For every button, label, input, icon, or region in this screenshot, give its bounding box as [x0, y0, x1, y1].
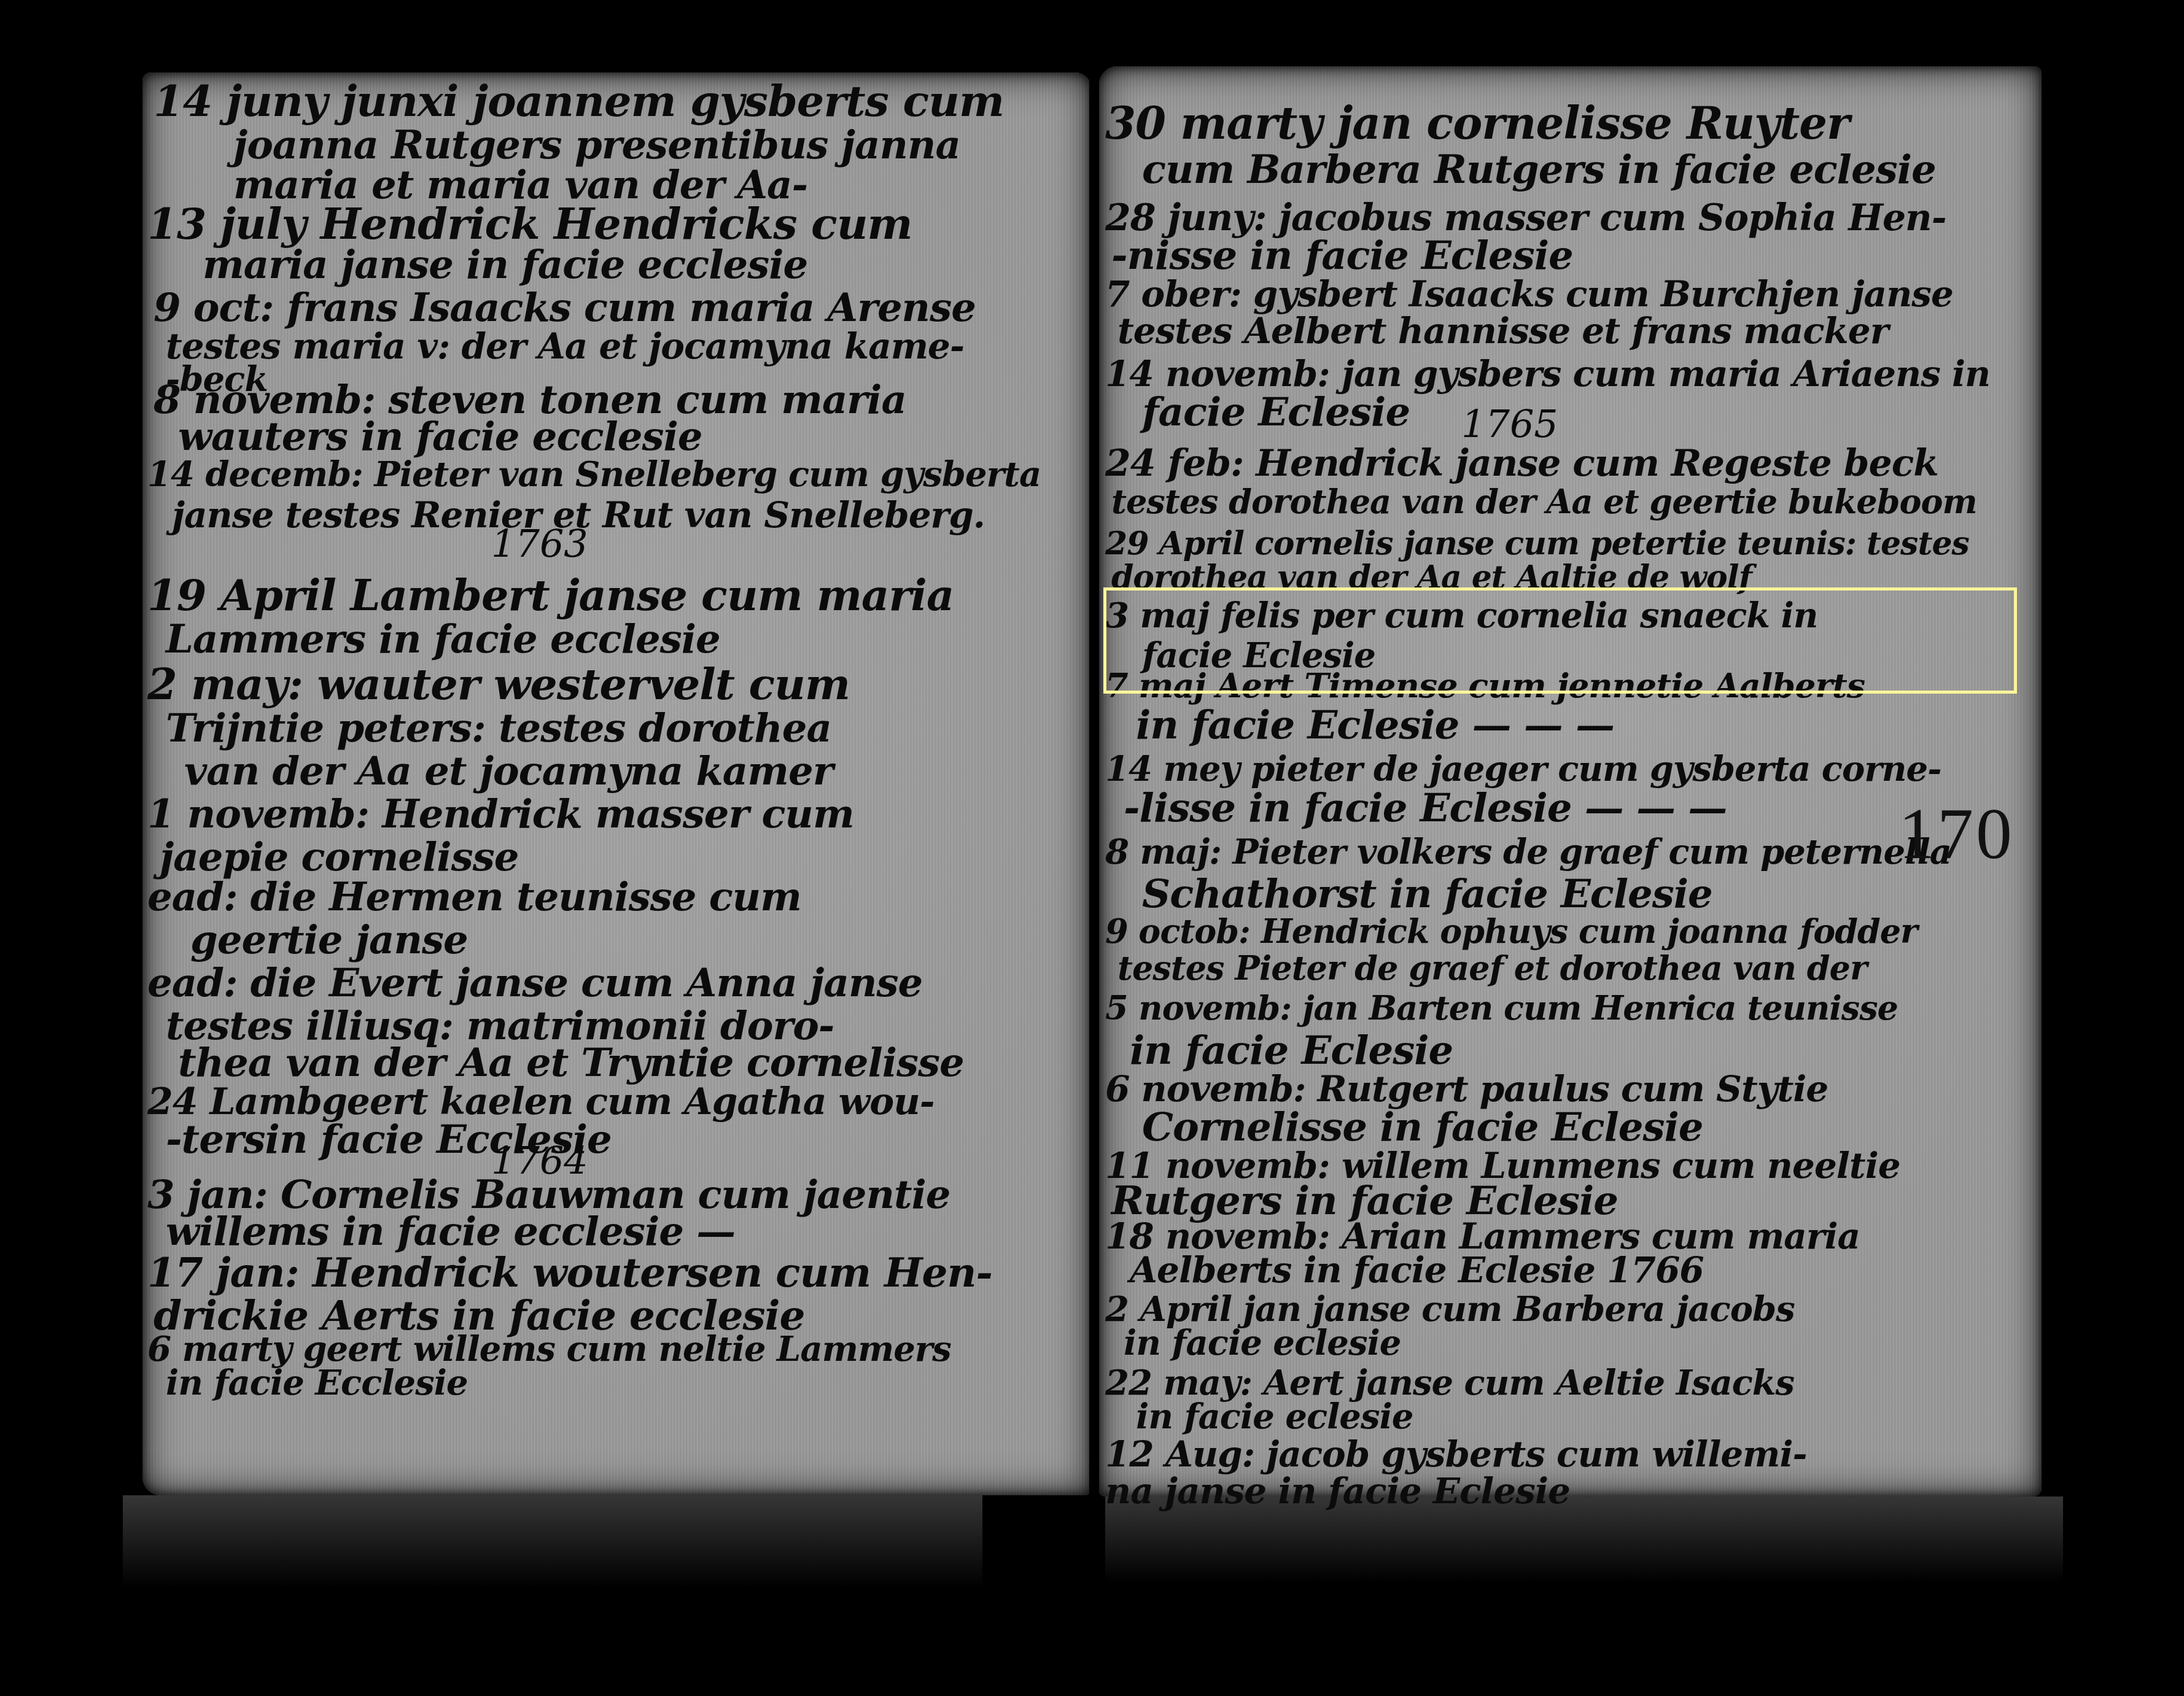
register-line: testes Aelbert hannisse et frans macker [1117, 313, 1888, 349]
register-line: 5 novemb: jan Barten cum Henrica teuniss… [1105, 991, 1898, 1024]
year-heading: 1765 [1461, 405, 1558, 443]
register-line: 24 feb: Hendrick janse cum Regeste beck [1105, 445, 1938, 482]
register-line: ead: die Evert janse cum Anna janse [147, 964, 922, 1003]
left-page-edge-shadow [123, 1495, 982, 1587]
register-line: testes Pieter de graef et dorothea van d… [1117, 951, 1867, 985]
register-line: 7 ober: gysbert Isaacks cum Burchjen jan… [1105, 276, 1953, 312]
register-line: in facie Ecclesie [166, 1366, 468, 1400]
register-line: 22 may: Aert janse cum Aeltie Isacks [1105, 1366, 1794, 1400]
register-line: Cornelisse in facie Eclesie [1142, 1108, 1703, 1147]
register-line: ead: die Hermen teunisse cum [147, 878, 801, 917]
register-line: jaepie cornelisse [160, 838, 518, 877]
register-line: in facie eclesie [1124, 1326, 1401, 1360]
register-line: 2 April jan janse cum Barbera jacobs [1105, 1292, 1795, 1326]
register-line: 6 marty geert willems cum neltie Lammers [147, 1332, 951, 1366]
register-line: 8 maj: Pieter volkers de graef cum peter… [1105, 835, 1951, 869]
register-line: 1 novemb: Hendrick masser cum [147, 795, 854, 834]
register-line: in facie eclesie [1136, 1400, 1413, 1434]
register-line: testes dorothea van der Aa et geertie bu… [1111, 485, 1977, 518]
register-line: Aelberts in facie Eclesie 1766 [1130, 1252, 1704, 1288]
register-line: 14 juny junxi joannem gysberts cum [154, 80, 1004, 123]
register-line: na janse in facie Eclesie [1105, 1473, 1570, 1509]
register-line: testes maria v: der Aa et jocamyna kame- [166, 328, 964, 364]
register-line: cum Barbera Rutgers in facie eclesie [1142, 150, 1936, 190]
register-line: Schathorst in facie Eclesie [1142, 875, 1712, 914]
register-line: 13 july Hendrick Hendricks cum [147, 203, 912, 246]
register-line: 14 mey pieter de jaeger cum gysberta cor… [1105, 752, 1941, 786]
register-line: 14 novemb: jan gysbers cum maria Ariaens… [1105, 356, 1990, 392]
register-line: facie Eclesie [1142, 393, 1410, 432]
register-line: joanna Rutgers presentibus janna [233, 126, 960, 165]
register-line: 2 may: wauter westervelt cum [147, 663, 850, 706]
year-heading: 1763 [491, 525, 588, 563]
register-line: 19 April Lambert janse cum maria [147, 574, 954, 617]
register-line: geertie janse [190, 921, 468, 960]
register-line: 6 novemb: Rutgert paulus cum Stytie [1105, 1071, 1828, 1107]
register-line: 30 marty jan cornelisse Ruyter [1105, 101, 1849, 145]
register-line: 24 Lambgeert kaelen cum Agatha wou- [147, 1083, 935, 1120]
register-line: in facie Eclesie — — — [1136, 706, 1614, 745]
register-line: thea van der Aa et Tryntie cornelisse [178, 1044, 964, 1083]
register-line: willems in facie ecclesie — [166, 1212, 735, 1252]
register-line: maria janse in facie ecclesie [203, 246, 807, 285]
register-line: van der Aa et jocamyna kamer [184, 752, 833, 791]
register-line: Trijntie peters: testes dorothea [166, 709, 831, 748]
register-line: 29 April cornelis janse cum petertie teu… [1105, 528, 1969, 560]
register-line: 28 juny: jacobus masser cum Sophia Hen- [1105, 199, 1946, 236]
register-line: 9 octob: Hendrick ophuys cum joanna fodd… [1105, 915, 1918, 948]
register-line: in facie Eclesie [1130, 1031, 1453, 1071]
page-number: 170 [1898, 798, 2015, 870]
register-line: -nisse in facie Eclesie [1111, 236, 1573, 276]
register-line: -lisse in facie Eclesie — — — [1124, 789, 1727, 828]
register-line: 17 jan: Hendrick woutersen cum Hen- [147, 1252, 992, 1293]
register-line: 9 oct: frans Isaacks cum maria Arense [154, 288, 976, 328]
register-line: Lammers in facie ecclesie [166, 620, 720, 659]
register-line: 14 decemb: Pieter van Snelleberg cum gys… [147, 457, 1041, 492]
highlight-box[interactable] [1103, 587, 2017, 694]
register-line: wauters in facie ecclesie [178, 417, 702, 457]
register-line: 12 Aug: jacob gysberts cum willemi- [1105, 1436, 1807, 1472]
